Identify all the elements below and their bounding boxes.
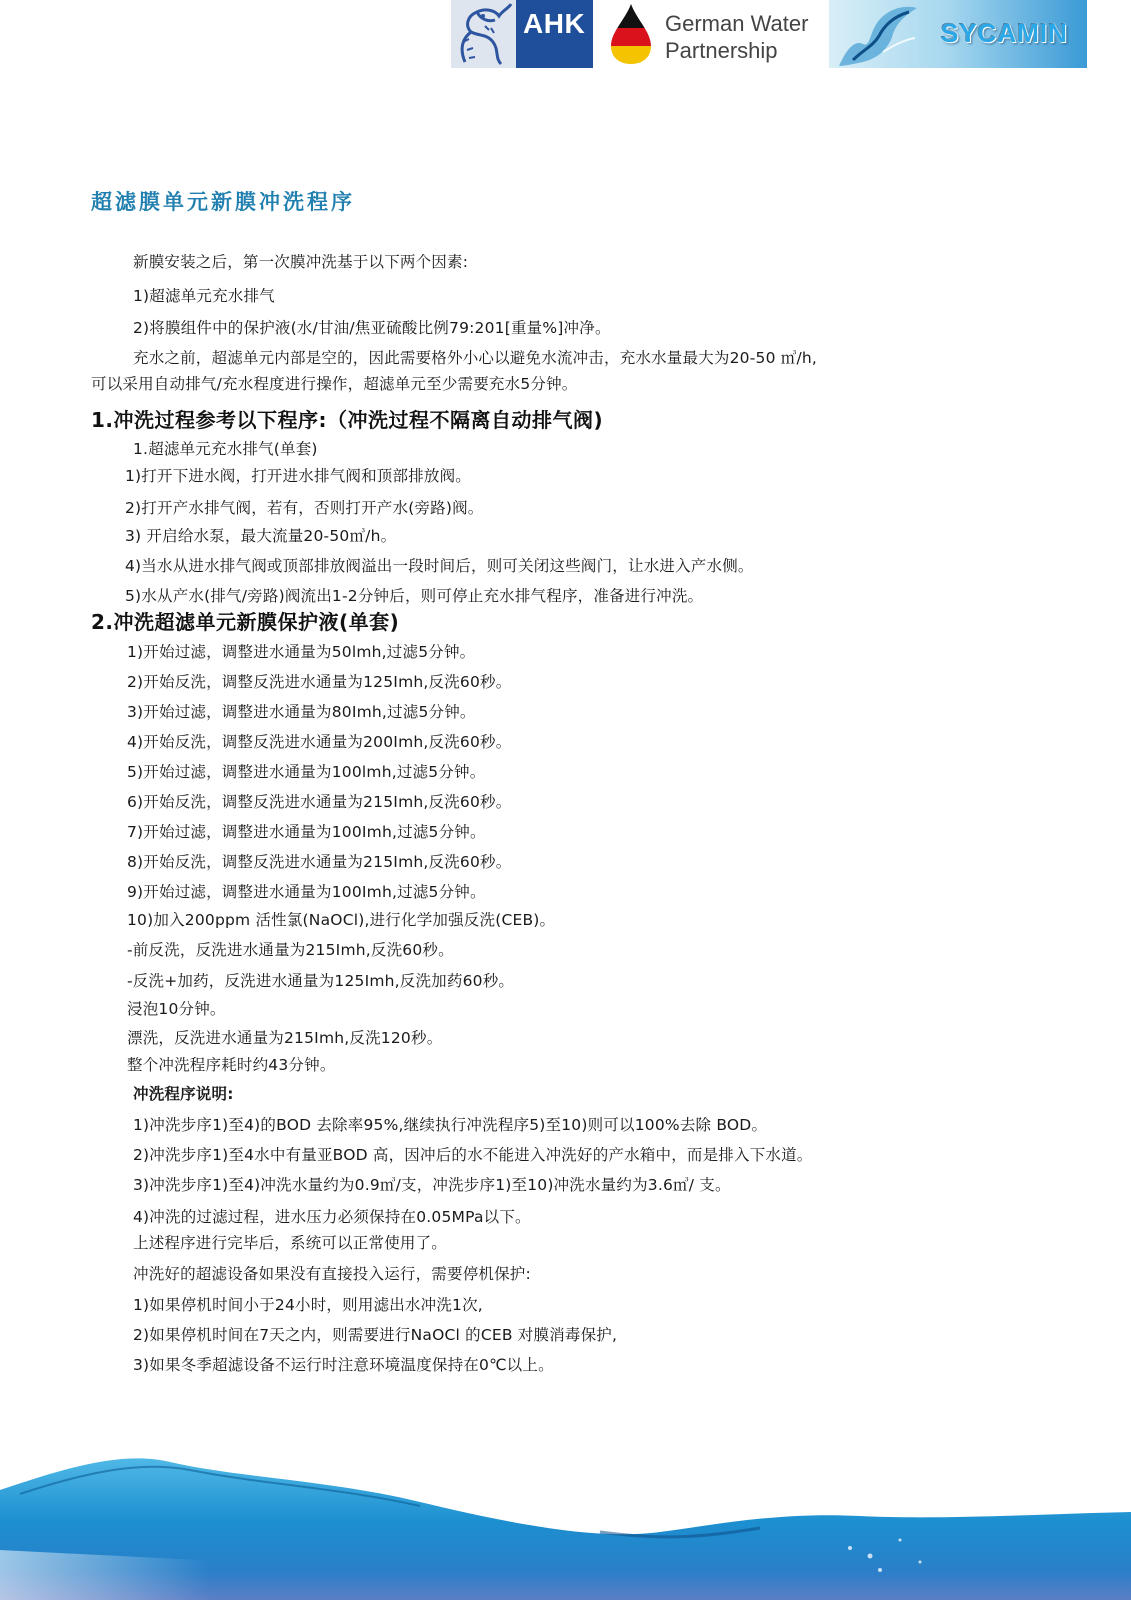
notes-item: 4)冲洗的过滤过程，进水压力必须保持在0.05MPa以下。 — [133, 1205, 531, 1227]
intro-line: 新膜安装之后，第一次膜冲洗基于以下两个因素: — [133, 250, 468, 272]
section-2-step: 浸泡10分钟。 — [127, 997, 226, 1019]
section-2-step: 5)开始过滤，调整进水通量为100lmh,过滤5分钟。 — [127, 760, 485, 782]
section-2-step: 漂洗，反洗进水通量为215Imh,反洗120秒。 — [127, 1026, 442, 1048]
notes-item: 上述程序进行完毕后，系统可以正常使用了。 — [133, 1231, 447, 1253]
notes-heading: 冲洗程序说明: — [133, 1082, 234, 1104]
german-water-partnership-logo: German Water Partnership — [593, 0, 829, 68]
section-2-heading: 2.冲洗超滤单元新膜保护液(单套) — [91, 606, 399, 635]
section-1-step: 3) 开启给水泵，最大流量20-50㎥/h。 — [125, 524, 396, 546]
section-1-step: 5)水从产水(排气/旁路)阀流出1-2分钟后，则可停止充水排气程序，准备进行冲洗… — [125, 584, 703, 606]
section-2-step: 7)开始过滤，调整进水通量为100Imh,过滤5分钟。 — [127, 820, 486, 842]
section-2-step: 2)开始反洗，调整反洗进水通量为125Imh,反洗60秒。 — [127, 670, 511, 692]
shutdown-heading: 冲洗好的超滤设备如果没有直接投入运行，需要停机保护: — [133, 1262, 531, 1284]
section-2-step: 10)加入200ppm 活性氯(NaOCl),进行化学加强反洗(CEB)。 — [127, 908, 555, 930]
section-2-step: -前反洗，反洗进水通量为215Imh,反洗60秒。 — [127, 938, 454, 960]
notes-item: 2)冲洗步序1)至4水中有量亚BOD 高，因冲后的水不能进入冲洗好的产水箱中，而… — [133, 1143, 813, 1165]
section-2-step: 整个冲洗程序耗时约43分钟。 — [127, 1053, 336, 1075]
section-2-step: 3)开始过滤，调整进水通量为80Imh,过滤5分钟。 — [127, 700, 476, 722]
intro-line: 2)将膜组件中的保护液(水/甘油/焦亚硫酸比例79:201[重量%]冲净。 — [133, 316, 611, 338]
shutdown-item: 1)如果停机时间小于24小时，则用滤出水冲洗1次, — [133, 1293, 483, 1315]
section-1-step: 4)当水从进水排气阀或顶部排放阀溢出一段时间后，则可关闭这些阀门，让水进入产水侧… — [125, 554, 754, 576]
water-splash-icon — [833, 0, 943, 68]
section-2-step: 9)开始过滤，调整进水通量为100Imh,过滤5分钟。 — [127, 880, 486, 902]
ahk-label: AHK — [523, 8, 585, 40]
notes-item: 1)冲洗步序1)至4)的BOD 去除率95%,继续执行冲洗程序5)至10)则可以… — [133, 1113, 767, 1135]
intro-line: 1)超滤单元充水排气 — [133, 284, 275, 306]
water-wave-decoration — [0, 1440, 1131, 1600]
intro-line: 可以采用自动排气/充水程度进行操作，超滤单元至少需要充水5分钟。 — [91, 372, 578, 394]
ahk-logo: AHK — [451, 0, 593, 68]
flag-drop-icon — [607, 2, 655, 66]
shutdown-item: 3)如果冬季超滤设备不运行时注意环境温度保持在0℃以上。 — [133, 1353, 554, 1375]
shutdown-item: 2)如果停机时间在7天之内，则需要进行NaOCl 的CEB 对膜消毒保护, — [133, 1323, 617, 1345]
section-1-heading: 1.冲洗过程参考以下程序:（冲洗过程不隔离自动排气阀) — [91, 404, 603, 433]
gwp-line-1: German Water — [665, 10, 808, 37]
sycamin-label: SYCAMIN — [941, 18, 1068, 49]
sycamin-logo: SYCAMIN — [829, 0, 1087, 68]
notes-item: 3)冲洗步序1)至4)冲洗水量约为0.9㎥/支，冲洗步序1)至10)冲洗水量约为… — [133, 1173, 731, 1195]
document-title: 超滤膜单元新膜冲洗程序 — [91, 186, 355, 216]
intro-line: 充水之前，超滤单元内部是空的，因此需要格外小心以避免水流冲击，充水水量最大为20… — [133, 346, 817, 368]
partner-logos: AHK German Water Partnership SYCAMIN — [451, 0, 1087, 68]
section-2-step: 8)开始反洗，调整反洗进水通量为215Imh,反洗60秒。 — [127, 850, 511, 872]
dragon-icon — [455, 2, 515, 66]
section-2-step: -反洗+加药，反洗进水通量为125Imh,反洗加药60秒。 — [127, 969, 514, 991]
section-2-step: 1)开始过滤，调整进水通量为50lmh,过滤5分钟。 — [127, 640, 475, 662]
section-1-subheading: 1.超滤单元充水排气(单套) — [133, 437, 318, 459]
section-2-step: 4)开始反洗，调整反洗进水通量为200Imh,反洗60秒。 — [127, 730, 511, 752]
section-2-step: 6)开始反洗，调整反洗进水通量为215Imh,反洗60秒。 — [127, 790, 511, 812]
section-1-step: 2)打开产水排气阀，若有，否则打开产水(旁路)阀。 — [125, 496, 484, 518]
section-1-step: 1)打开下进水阀，打开进水排气阀和顶部排放阀。 — [125, 464, 471, 486]
gwp-text: German Water Partnership — [665, 10, 808, 64]
gwp-line-2: Partnership — [665, 37, 808, 64]
